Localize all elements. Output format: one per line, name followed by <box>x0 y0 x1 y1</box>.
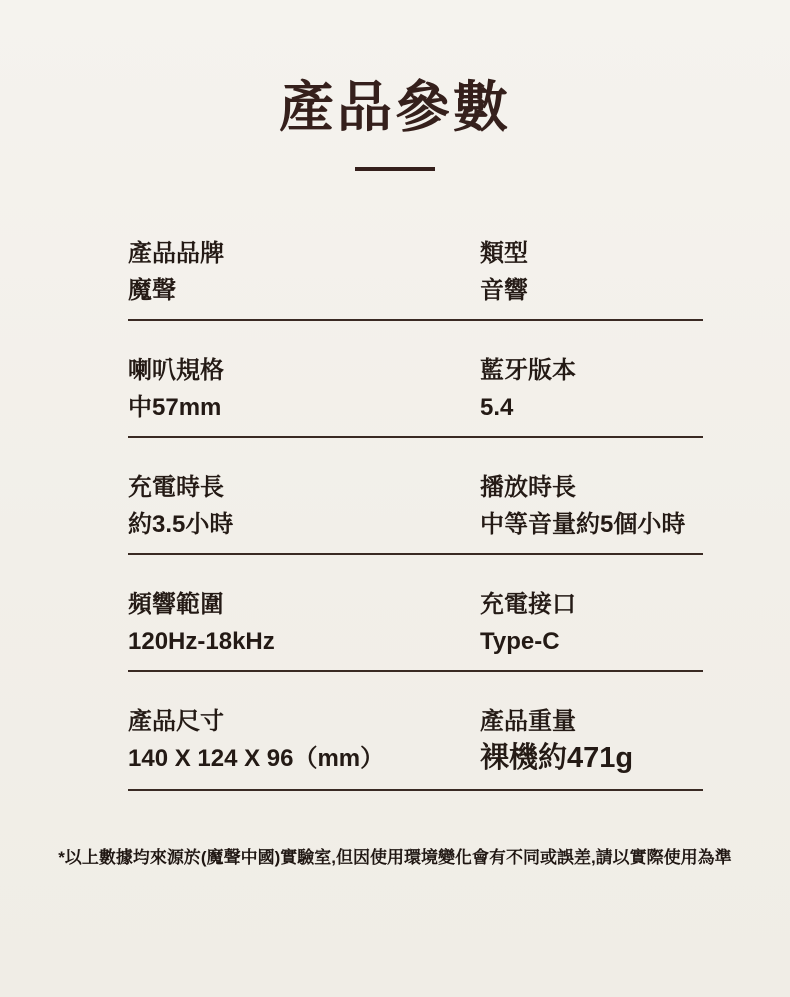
spec-value-frequency: 120Hz-18kHz <box>128 630 480 654</box>
spec-value-type: 音響 <box>480 279 703 303</box>
spec-value-brand: 魔聲 <box>128 279 480 303</box>
page-title: 產品參數 <box>0 76 790 139</box>
spec-row-charge-playback: 充電時長 約3.5小時 播放時長 中等音量約5個小時 <box>128 438 703 555</box>
spec-row-frequency-port: 頻響範圍 120Hz-18kHz 充電接口 Type-C <box>128 555 703 672</box>
spec-value-driver: 中57mm <box>128 396 480 420</box>
spec-cell-charge-port: 充電接口 Type-C <box>480 593 703 654</box>
spec-value-weight: 裸機約471g <box>480 744 703 773</box>
spec-label-brand: 產品品牌 <box>128 242 480 266</box>
spec-label-charge-time: 充電時長 <box>128 476 480 500</box>
spec-row-driver-bluetooth: 喇叭規格 中57mm 藍牙版本 5.4 <box>128 321 703 438</box>
spec-value-charge-time: 約3.5小時 <box>128 513 480 537</box>
spec-cell-playback-time: 播放時長 中等音量約5個小時 <box>480 476 703 537</box>
spec-label-weight: 產品重量 <box>480 710 703 734</box>
spec-label-playback-time: 播放時長 <box>480 476 703 500</box>
spec-cell-frequency: 頻響範圍 120Hz-18kHz <box>128 593 480 654</box>
spec-label-type: 類型 <box>480 242 703 266</box>
spec-cell-type: 類型 音響 <box>480 242 703 303</box>
spec-cell-dimensions: 產品尺寸 140 X 124 X 96（mm） <box>128 710 480 773</box>
spec-cell-driver: 喇叭規格 中57mm <box>128 359 480 420</box>
spec-cell-weight: 產品重量 裸機約471g <box>480 710 703 773</box>
spec-cell-brand: 產品品牌 魔聲 <box>128 242 480 303</box>
spec-label-charge-port: 充電接口 <box>480 593 703 617</box>
spec-row-size-weight: 產品尺寸 140 X 124 X 96（mm） 產品重量 裸機約471g <box>128 672 703 791</box>
spec-cell-bluetooth: 藍牙版本 5.4 <box>480 359 703 420</box>
disclaimer-footnote: *以上數據均來源於(魔聲中國)實驗室,但因使用環境變化會有不同或誤差,請以實際使… <box>0 848 790 868</box>
spec-table: 產品品牌 魔聲 類型 音響 喇叭規格 中57mm 藍牙版本 5.4 充電時長 約… <box>128 204 703 791</box>
spec-row-brand-type: 產品品牌 魔聲 類型 音響 <box>128 204 703 321</box>
spec-value-dimensions: 140 X 124 X 96（mm） <box>128 747 480 771</box>
spec-label-dimensions: 產品尺寸 <box>128 710 480 734</box>
spec-value-charge-port: Type-C <box>480 630 703 654</box>
spec-label-driver: 喇叭規格 <box>128 359 480 383</box>
spec-value-bluetooth: 5.4 <box>480 396 703 420</box>
spec-label-bluetooth: 藍牙版本 <box>480 359 703 383</box>
spec-value-playback-time: 中等音量約5個小時 <box>480 513 703 537</box>
spec-cell-charge-time: 充電時長 約3.5小時 <box>128 476 480 537</box>
title-underline-decoration <box>355 167 435 171</box>
spec-label-frequency: 頻響範圍 <box>128 593 480 617</box>
